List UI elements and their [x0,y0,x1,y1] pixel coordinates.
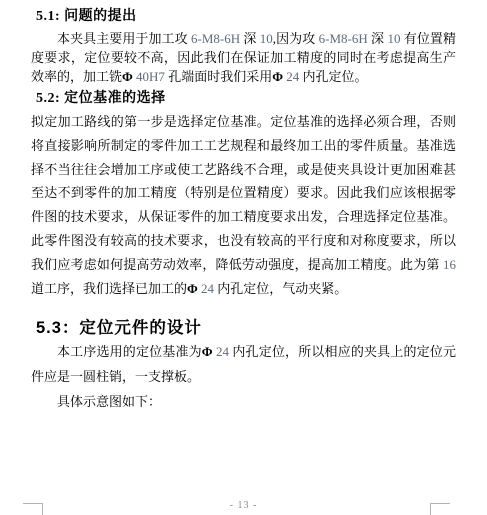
page-number: - 13 - [0,500,487,511]
section-heading-5-1: 5.1: 问题的提出 [36,7,456,26]
section-heading-5-3: 5.3：定位元件的设计 [36,317,456,339]
document-page: 5.1: 问题的提出 本夹具主要用于加工攻 6-M8-6H 深 10,因为攻 6… [0,0,487,515]
paragraph-locating-element: 本工序选用的定位基准为Φ 24 内孔定位，所以相应的夹具上的定位元件应是一圆柱销… [31,339,456,389]
document-content: 5.1: 问题的提出 本夹具主要用于加工攻 6-M8-6H 深 10,因为攻 6… [0,0,487,414]
paragraph-datum-selection: 拟定加工路线的第一步是选择定位基准。定位基准的选择必须合理，否则将直接影响所制定… [31,110,456,300]
paragraph-diagram-intro: 具体示意图如下： [31,389,456,414]
section-heading-5-2: 5.2: 定位基准的选择 [36,89,456,108]
paragraph-problem-statement: 本夹具主要用于加工攻 6-M8-6H 深 10,因为攻 6-M8-6H 深 10… [31,29,456,86]
